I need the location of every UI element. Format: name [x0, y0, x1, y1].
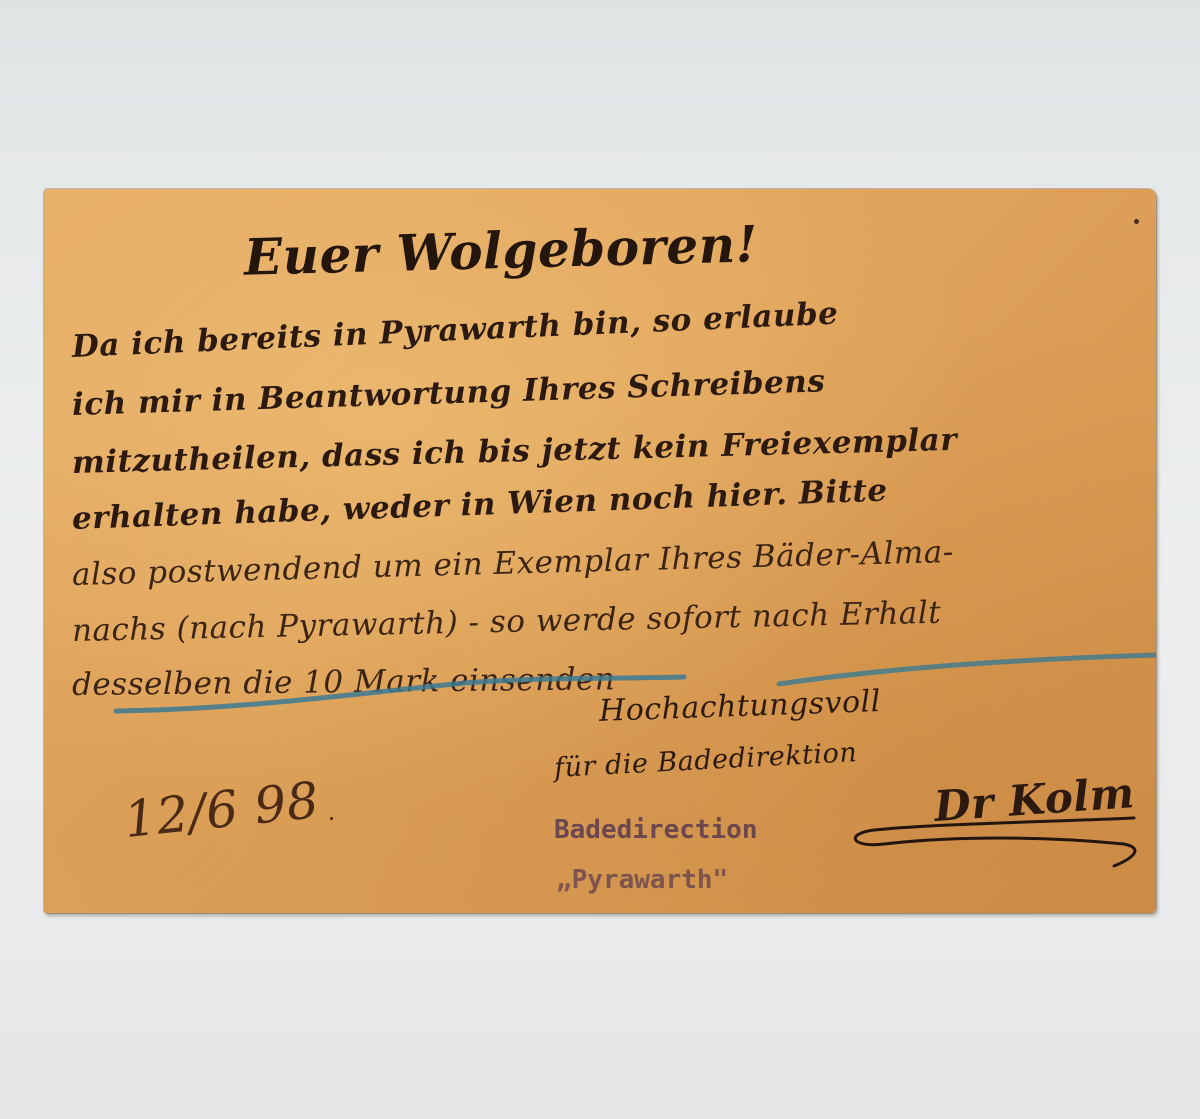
- body-line-5: also postwendend um ein Exemplar Ihres B…: [72, 534, 955, 593]
- ink-speck: [330, 817, 333, 820]
- postcard: Euer Wolgeboren! Da ich bereits in Pyraw…: [44, 189, 1156, 913]
- body-line-2: ich mir in Beantwortung Ihres Schreibens: [71, 363, 825, 423]
- stamp-line-1: Badedirection: [554, 815, 758, 845]
- date: 12/6 98: [122, 771, 322, 849]
- ink-speck: [1134, 219, 1139, 224]
- for-the-bath-directorate: für die Badedirektion: [553, 737, 858, 784]
- body-line-3: mitzutheilen, dass ich bis jetzt kein Fr…: [72, 422, 958, 481]
- closing: Hochachtungsvoll: [598, 684, 881, 729]
- signature: Dr Kolm: [933, 768, 1137, 831]
- salutation: Euer Wolgeboren!: [243, 214, 758, 286]
- body-line-6: nachs (nach Pyrawarth) - so werde sofort…: [72, 595, 942, 649]
- stamp-line-2: „Pyrawarth": [556, 865, 728, 895]
- body-line-1: Da ich bereits in Pyrawarth bin, so erla…: [71, 296, 839, 365]
- body-line-4: erhalten habe, weder in Wien noch hier. …: [71, 473, 888, 537]
- body-line-7: desselben die 10 Mark einsenden: [72, 661, 616, 703]
